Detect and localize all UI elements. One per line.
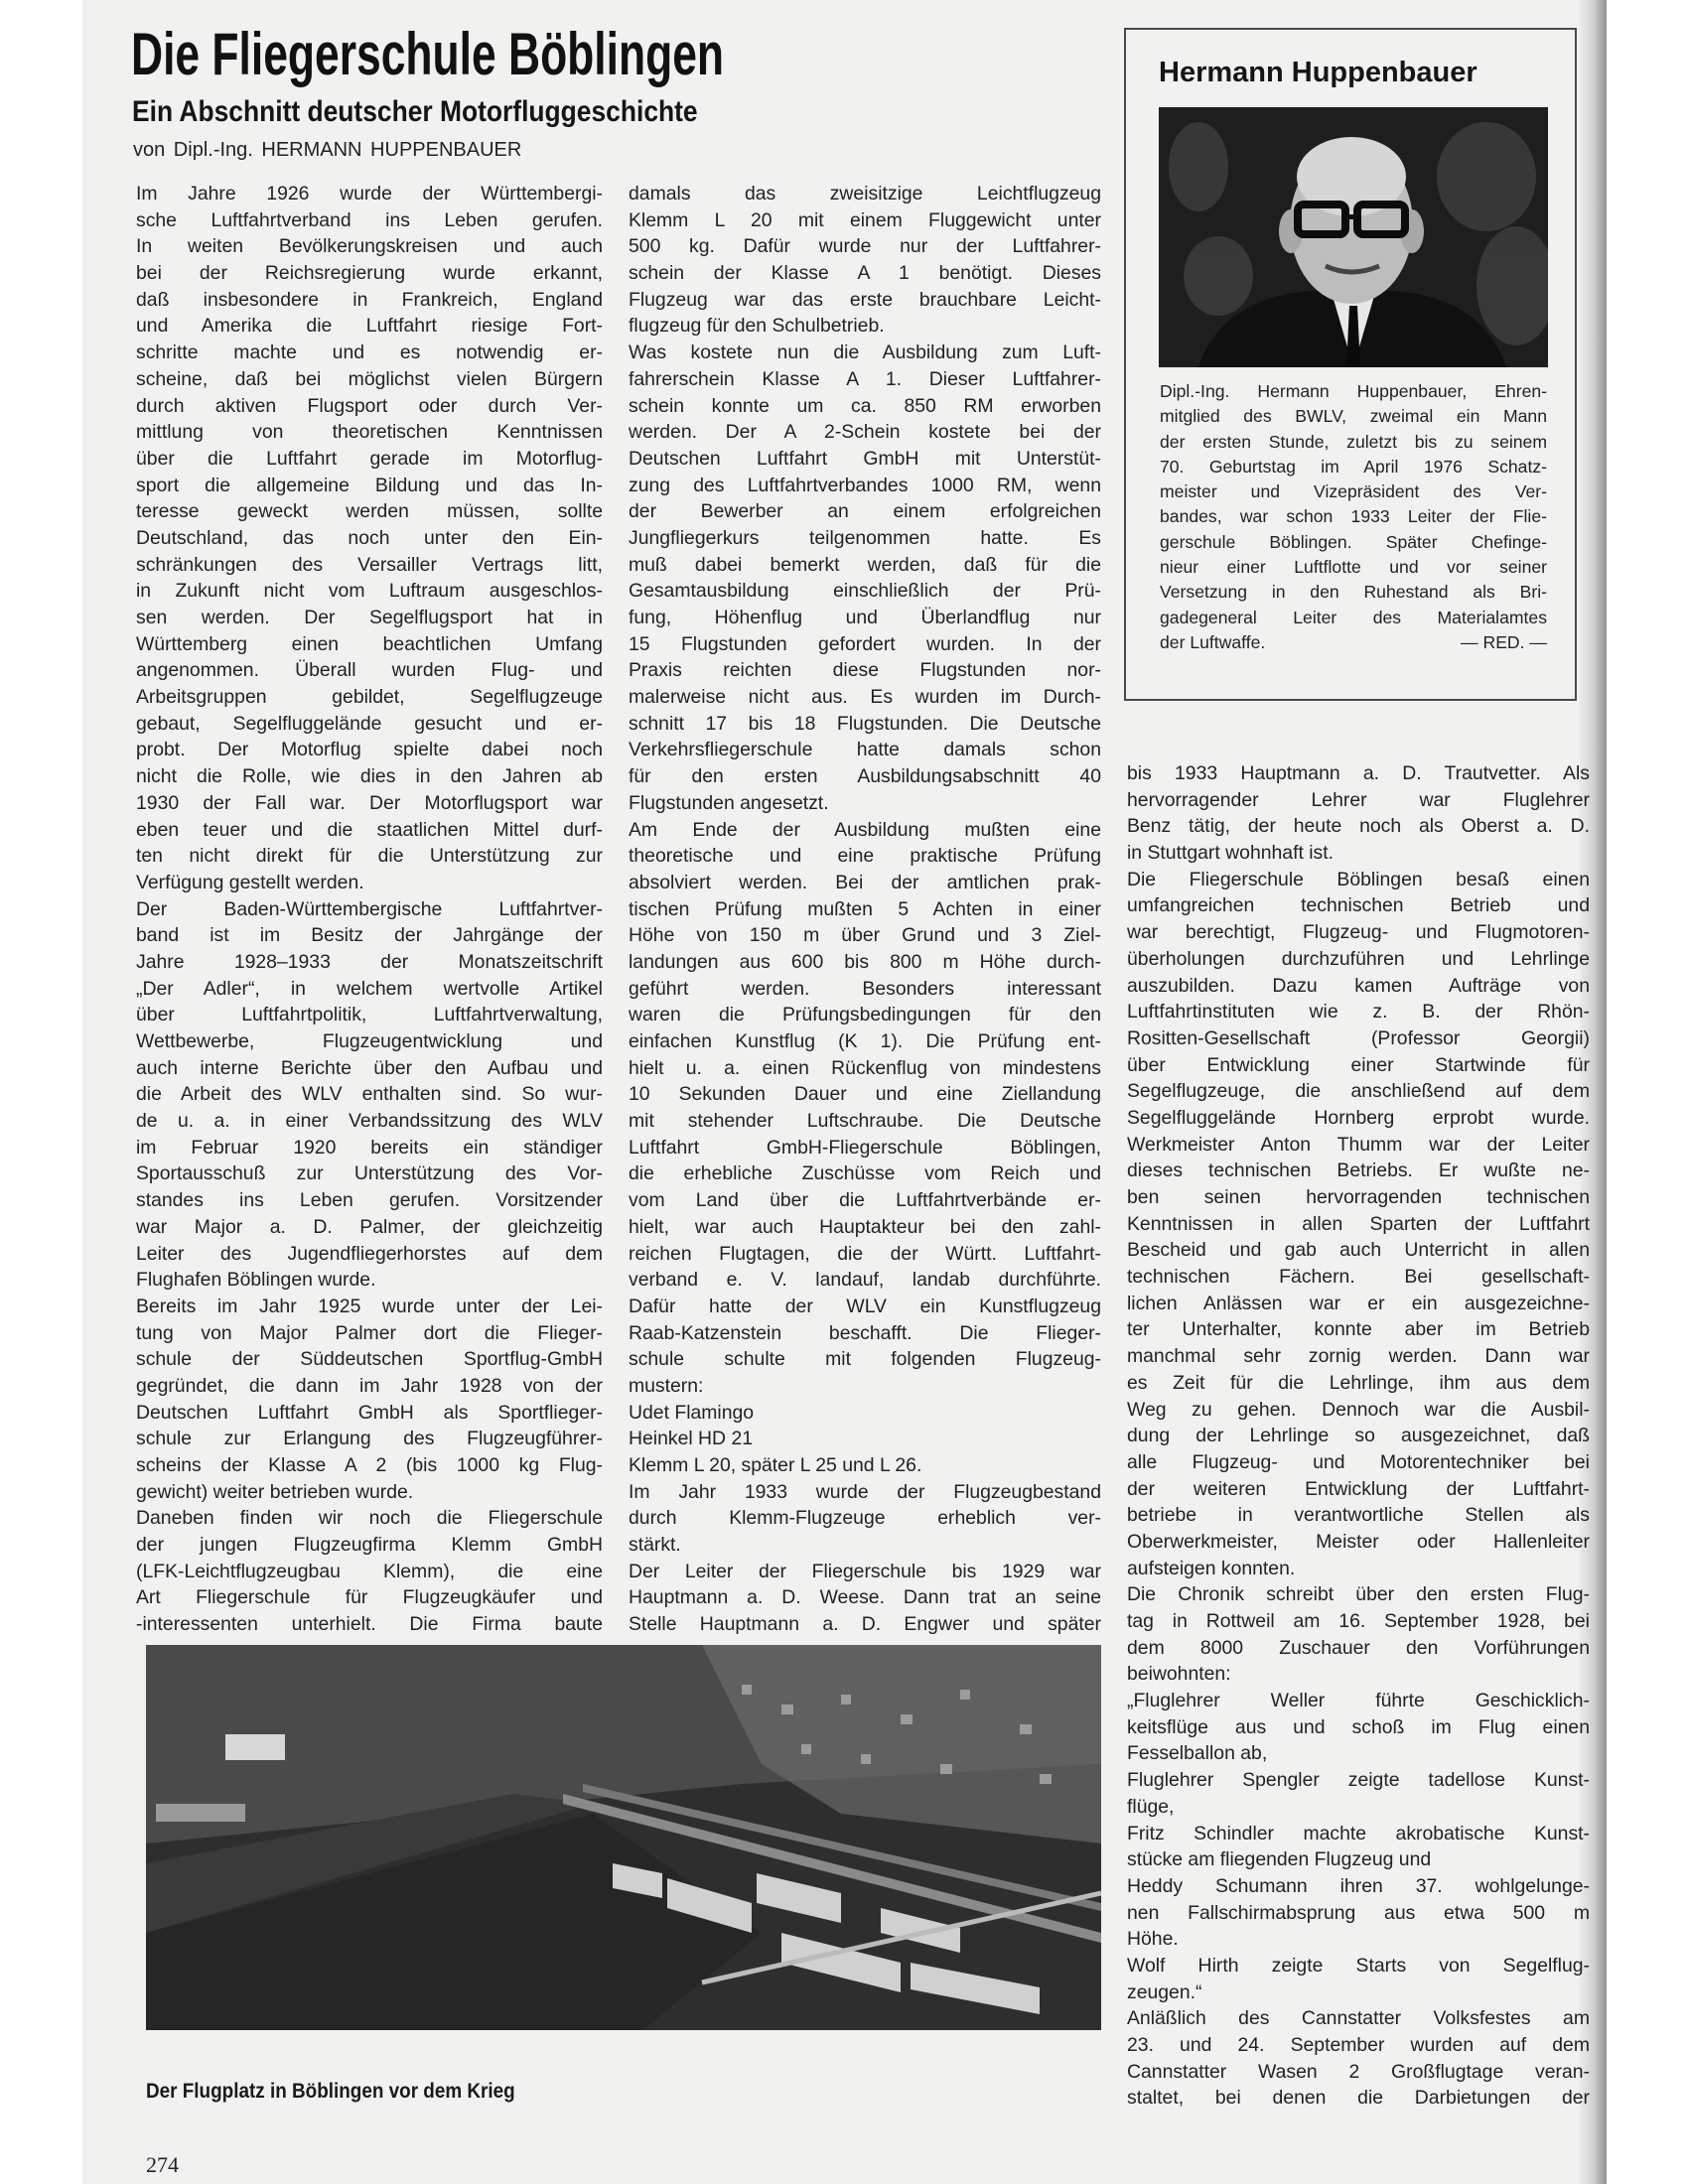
text-line: Der Baden-Württembergische Luftfahrtver- <box>136 896 603 923</box>
text-line: theoretische und eine praktische Prüfung <box>629 843 1101 870</box>
text-column-right: bis 1933 Hauptmann a. D. Trautvetter. Al… <box>1127 760 1590 2112</box>
text-line: ten nicht direkt für die Unterstützung z… <box>136 843 603 870</box>
text-line: staltet, bei denen die Darbietungen der <box>1127 2085 1590 2112</box>
text-line: Höhe von 150 m über Grund und 3 Ziel- <box>629 922 1101 949</box>
text-line: schein konnte um ca. 850 RM erworben <box>629 393 1101 420</box>
text-line: Die Fliegerschule Böblingen besaß einen <box>1127 867 1590 893</box>
text-line: sport die allgemeine Bildung und das In- <box>136 473 603 499</box>
text-line: Bereits im Jahr 1925 wurde unter der Lei… <box>136 1294 603 1320</box>
text-line: über Luftfahrtpolitik, Luftfahrtverwaltu… <box>136 1002 603 1028</box>
text-line: Benz tätig, der heute noch als Oberst a.… <box>1127 813 1590 840</box>
text-line: Heinkel HD 21 <box>629 1426 1101 1452</box>
text-line: sen werden. Der Segelflugsport hat in <box>136 605 603 631</box>
text-line: im Februar 1920 bereits ein ständiger <box>136 1135 603 1161</box>
text-line: -interessenten unterhielt. Die Firma bau… <box>136 1611 603 1638</box>
text-line: meister und Vizepräsident des Ver- <box>1160 479 1547 504</box>
text-line: Fritz Schindler machte akrobatische Kuns… <box>1127 1821 1590 1847</box>
page-number: 274 <box>146 2152 179 2178</box>
text-line: Raab-Katzenstein beschafft. Die Flieger- <box>629 1320 1101 1347</box>
text-line: In weiten Bevölkerungskreisen und auch <box>136 233 603 260</box>
text-line: die erhebliche Zuschüsse vom Reich und <box>629 1160 1101 1187</box>
text-line: schule zur Erlangung des Flugzeugführer- <box>136 1426 603 1452</box>
bio-caption: Dipl.-Ing. Hermann Huppenbauer, Ehren-mi… <box>1160 379 1547 655</box>
text-line: gewicht) weiter betrieben wurde. <box>136 1479 603 1506</box>
text-line: fung, Höhenflug und Überlandflug nur <box>629 605 1101 631</box>
text-line: probt. Der Motorflug spielte dabei noch <box>136 737 603 763</box>
portrait-photo <box>1159 107 1548 367</box>
text-line: 10 Sekunden Dauer und eine Ziellandung <box>629 1081 1101 1108</box>
text-line: muß dabei bemerkt werden, daß für die <box>629 552 1101 579</box>
text-line: Sportausschuß zur Unterstützung des Vor- <box>136 1160 603 1187</box>
text-line: mustern: <box>629 1373 1101 1400</box>
text-line: schule schulte mit folgenden Flugzeug- <box>629 1346 1101 1373</box>
text-line: aufsteigen konnten. <box>1127 1556 1590 1582</box>
text-line: Arbeitsgruppen gebildet, Segelflugzeuge <box>136 684 603 711</box>
text-line: „Der Adler“, in welchem wertvolle Artike… <box>136 976 603 1003</box>
text-line: dem 8000 Zuschauer den Vorführungen <box>1127 1635 1590 1662</box>
text-line: „Fluglehrer Weller führte Geschicklich- <box>1127 1688 1590 1714</box>
text-line: Stelle Hauptmann a. D. Engwer und später <box>629 1611 1101 1638</box>
text-line: Deutschen Luftfahrt GmbH als Sportfliege… <box>136 1400 603 1427</box>
text-line: der ersten Stunde, zuletzt bis zu seinem <box>1160 430 1547 455</box>
editor-signature: — RED. — <box>1461 630 1547 655</box>
text-line: band ist im Besitz der Jahrgänge der <box>136 922 603 949</box>
text-line: durch aktiven Flugsport oder durch Ver- <box>136 393 603 420</box>
text-line: Leiter des Jugendfliegerhorstes auf dem <box>136 1241 603 1268</box>
text-line: Luftfahrt GmbH-Fliegerschule Böblingen, <box>629 1135 1101 1161</box>
text-line: werden. Der A 2-Schein kostete bei der <box>629 419 1101 446</box>
text-line: auch interne Berichte über den Aufbau un… <box>136 1055 603 1082</box>
text-line: war Major a. D. Palmer, der gleichzeitig <box>136 1214 603 1241</box>
text-line: flüge, <box>1127 1794 1590 1821</box>
text-line: Jahre 1928–1933 der Monatszeitschrift <box>136 949 603 976</box>
text-line: in Zukunft nicht vom Luftraum ausgeschlo… <box>136 578 603 605</box>
text-line: Der Leiter der Fliegerschule bis 1929 wa… <box>629 1559 1101 1585</box>
text-line: Was kostete nun die Ausbildung zum Luft- <box>629 340 1101 366</box>
text-line: beiwohnten: <box>1127 1661 1590 1688</box>
text-line: 1930 der Fall war. Der Motorflugsport wa… <box>136 790 603 817</box>
text-line: tischen Prüfung mußten 5 Achten in einer <box>629 896 1101 923</box>
text-line: gerschule Böblingen. Später Chefinge- <box>1160 530 1547 555</box>
text-line: über die Luftfahrt gerade im Motorflug- <box>136 446 603 473</box>
text-line: Wolf Hirth zeigte Starts von Segelflug- <box>1127 1953 1590 1979</box>
text-line: angenommen. Überall wurden Flug- und <box>136 657 603 684</box>
aerial-image-icon <box>146 1645 1101 2030</box>
text-line: Verkehrsfliegerschule hatte damals schon <box>629 737 1101 763</box>
text-line: sche Luftfahrtverband ins Leben gerufen. <box>136 207 603 234</box>
text-line: Anläßlich des Cannstatter Volksfestes am <box>1127 2005 1590 2032</box>
text-line: über Entwicklung einer Startwinde für <box>1127 1052 1590 1079</box>
text-line: fahrerschein Klasse A 1. Dieser Luftfahr… <box>629 366 1101 393</box>
bio-name-heading: Hermann Huppenbauer <box>1159 56 1477 89</box>
text-line: zeugen.“ <box>1127 1979 1590 2006</box>
text-line: Im Jahr 1933 wurde der Flugzeugbestand <box>629 1479 1101 1506</box>
text-line: in Stuttgart wohnhaft ist. <box>1127 840 1590 867</box>
text-line: Höhe. <box>1127 1926 1590 1953</box>
text-line: Flugzeug war das erste brauchbare Leicht… <box>629 287 1101 314</box>
text-line: eben teuer und die staatlichen Mittel du… <box>136 817 603 844</box>
text-line: schnitt 17 bis 18 Flugstunden. Die Deuts… <box>629 711 1101 738</box>
text-line: umfangreichen technischen Betrieb und <box>1127 892 1590 919</box>
text-line: nen Fallschirmabsprung aus etwa 500 m <box>1127 1900 1590 1927</box>
text-line: mit stehender Luftschraube. Die Deutsche <box>629 1108 1101 1135</box>
article-subtitle: Ein Abschnitt deutscher Motorfluggeschic… <box>132 94 698 130</box>
text-line: 70. Geburtstag im April 1976 Schatz- <box>1160 455 1547 479</box>
text-line: der Luftwaffe.— RED. — <box>1160 630 1547 655</box>
text-line: absolviert werden. Bei der amtlichen pra… <box>629 870 1101 896</box>
text-line: bandes, war schon 1933 Leiter der Flie- <box>1160 504 1547 529</box>
text-line: bei der Reichsregierung wurde erkannt, <box>136 260 603 287</box>
text-line: flugzeug für den Schulbetrieb. <box>629 313 1101 340</box>
text-line: Gesamtausbildung einschließlich der Prü- <box>629 578 1101 605</box>
text-line: Segelfluggelände Hornberg erprobt wurde. <box>1127 1105 1590 1132</box>
text-line: Rositten-Gesellschaft (Professor Georgii… <box>1127 1025 1590 1052</box>
text-line: betriebe in verantwortliche Stellen als <box>1127 1502 1590 1529</box>
text-line: Flughafen Böblingen wurde. <box>136 1267 603 1294</box>
text-line: schritte machte und es notwendig er- <box>136 340 603 366</box>
text-line: Klemm L 20 mit einem Fluggewicht unter <box>629 207 1101 234</box>
text-line: Oberwerkmeister, Meister oder Hallenleit… <box>1127 1529 1590 1556</box>
text-line: Württemberg einen beachtlichen Umfang <box>136 631 603 658</box>
text-column-left: Im Jahre 1926 wurde der Württembergi-sch… <box>136 181 603 1638</box>
text-line: stücke am fliegenden Flugzeug und <box>1127 1846 1590 1873</box>
text-line: Heddy Schumann ihren 37. wohlgelunge- <box>1127 1873 1590 1900</box>
aerial-photo <box>146 1645 1101 2030</box>
text-line: der weiteren Entwicklung der Luftfahrt- <box>1127 1476 1590 1503</box>
text-line: reichen Flugtagen, die der Württ. Luftfa… <box>629 1241 1101 1268</box>
text-line: nieur einer Luftflotte und vor seiner <box>1160 555 1547 580</box>
text-line: geführt werden. Besonders interessant <box>629 976 1101 1003</box>
text-line: Fluglehrer Spengler zeigte tadellose Kun… <box>1127 1767 1590 1794</box>
text-line: hielt, war auch Hauptakteur bei den zahl… <box>629 1214 1101 1241</box>
text-line: tung von Major Palmer dort die Flieger- <box>136 1320 603 1347</box>
text-line: daß insbesondere in Frankreich, England <box>136 287 603 314</box>
text-line: Dipl.-Ing. Hermann Huppenbauer, Ehren- <box>1160 379 1547 404</box>
text-line: mittlung von theoretischen Kenntnissen <box>136 419 603 446</box>
text-line: Versetzung in den Ruhestand als Bri- <box>1160 580 1547 605</box>
text-line: Jungfliegerkurs teilgenommen hatte. Es <box>629 525 1101 552</box>
text-line: vom Land über die Luftfahrtverbände er- <box>629 1187 1101 1214</box>
text-line: damals das zweisitzige Leichtflugzeug <box>629 181 1101 207</box>
text-line: tag in Rottweil am 16. September 1928, b… <box>1127 1608 1590 1635</box>
text-line: Dafür hatte der WLV ein Kunstflugzeug <box>629 1294 1101 1320</box>
text-line: lichen Anlässen war er ein ausgezeichne- <box>1127 1291 1590 1317</box>
text-line: scheine, daß bei möglichst vielen Bürger… <box>136 366 603 393</box>
text-line: der Bewerber an einem erfolgreichen <box>629 498 1101 525</box>
text-line: gadegeneral Leiter des Materialamtes <box>1160 606 1547 630</box>
text-line: für den ersten Ausbildungsabschnitt 40 <box>629 763 1101 790</box>
text-line: 500 kg. Dafür wurde nur der Luftfahrer- <box>629 233 1101 260</box>
text-line: nicht die Rolle, wie dies in den Jahren … <box>136 763 603 790</box>
photo-caption: Der Flugplatz in Böblingen vor dem Krieg <box>146 2079 515 2105</box>
text-line: bis 1933 Hauptmann a. D. Trautvetter. Al… <box>1127 760 1590 787</box>
text-line: gegründet, die dann im Jahr 1928 von der <box>136 1373 603 1400</box>
text-line: hervorragender Lehrer war Fluglehrer <box>1127 787 1590 814</box>
text-line: ben seinen hervorragenden technischen <box>1127 1184 1590 1211</box>
text-line: schein der Klasse A 1 benötigt. Dieses <box>629 260 1101 287</box>
text-line: Luftfahrtinstituten wie z. B. der Rhön- <box>1127 999 1590 1025</box>
text-line: Klemm L 20, später L 25 und L 26. <box>629 1452 1101 1479</box>
text-line: de u. a. in einer Verbandssitzung des WL… <box>136 1108 603 1135</box>
text-line: technischen Fächern. Bei gesellschaft- <box>1127 1264 1590 1291</box>
text-line: dung der Lehrlinge so ausgezeichnet, daß <box>1127 1423 1590 1449</box>
text-line: verband e. V. landauf, landab durchführt… <box>629 1267 1101 1294</box>
text-line: Am Ende der Ausbildung mußten eine <box>629 817 1101 844</box>
portrait-image-icon <box>1159 107 1548 367</box>
text-line: Segelflugzeuge, die anschließend auf dem <box>1127 1078 1590 1105</box>
text-line: Verfügung gestellt werden. <box>136 870 603 896</box>
text-line: landungen aus 600 bis 800 m Höhe durch- <box>629 949 1101 976</box>
text-line: (LFK-Leichtflugzeugbau Klemm), die eine <box>136 1559 603 1585</box>
text-line: teresse geweckt werden müssen, sollte <box>136 498 603 525</box>
text-line: auszubilden. Dazu kamen Aufträge von <box>1127 973 1590 1000</box>
text-line: einfachen Kunstflug (K 1). Die Prüfung e… <box>629 1028 1101 1055</box>
text-line: 23. und 24. September wurden auf dem <box>1127 2032 1590 2059</box>
text-line: Weg zu gehen. Dennoch war die Ausbil- <box>1127 1397 1590 1424</box>
text-line: Praxis reichten diese Flugstunden nor- <box>629 657 1101 684</box>
text-line: malerweise nicht aus. Es wurden im Durch… <box>629 684 1101 711</box>
text-line: war berechtigt, Flugzeug- und Flugmotore… <box>1127 919 1590 946</box>
text-line: und Amerika die Luftfahrt riesige Fort- <box>136 313 603 340</box>
text-line: Kenntnissen in allen Sparten der Luftfah… <box>1127 1211 1590 1238</box>
text-line: waren die Prüfungsbedingungen für den <box>629 1002 1101 1028</box>
text-column-middle: damals das zweisitzige LeichtflugzeugKle… <box>629 181 1101 1638</box>
text-line: keitsflüge aus und schoß im Flug einen <box>1127 1714 1590 1741</box>
article-title: Die Fliegerschule Böblingen <box>131 22 724 87</box>
article-byline: von Dipl.-Ing. HERMANN HUPPENBAUER <box>133 137 521 163</box>
text-line: durch Klemm-Flugzeuge erheblich ver- <box>629 1505 1101 1532</box>
text-line: ter Unterhalter, konnte aber im Betrieb <box>1127 1316 1590 1343</box>
text-line: der jungen Flugzeugfirma Klemm GmbH <box>136 1532 603 1559</box>
text-line: 15 Flugstunden gefordert wurden. In der <box>629 631 1101 658</box>
text-line: standes ins Leben gerufen. Vorsitzender <box>136 1187 603 1214</box>
text-line: Werkmeister Anton Thumm war der Leiter <box>1127 1132 1590 1159</box>
text-line: manchmal sehr zornig werden. Dann war <box>1127 1343 1590 1370</box>
text-line: Wettbewerbe, Flugzeugentwicklung und <box>136 1028 603 1055</box>
text-line: Fesselballon ab, <box>1127 1740 1590 1767</box>
text-line: Hauptmann a. D. Weese. Dann trat an sein… <box>629 1584 1101 1611</box>
text-line: Deutschland, das noch unter den Ein- <box>136 525 603 552</box>
text-line: Im Jahre 1926 wurde der Württembergi- <box>136 181 603 207</box>
text-line: Art Fliegerschule für Flugzeugkäufer und <box>136 1584 603 1611</box>
text-line: stärkt. <box>629 1532 1101 1559</box>
text-line: Die Chronik schreibt über den ersten Flu… <box>1127 1581 1590 1608</box>
text-line: gebaut, Segelfluggelände gesucht und er- <box>136 711 603 738</box>
text-line: Deutschen Luftfahrt GmbH mit Unterstüt- <box>629 446 1101 473</box>
text-line: Bescheid und gab auch Unterricht in alle… <box>1127 1237 1590 1264</box>
text-line: Cannstatter Wasen 2 Großflugtage veran- <box>1127 2059 1590 2086</box>
text-line: es Zeit für die Lehrlinge, ihm aus dem <box>1127 1370 1590 1397</box>
text-line: scheins der Klasse A 2 (bis 1000 kg Flug… <box>136 1452 603 1479</box>
text-line: dieses technischen Betriebs. Er wußte ne… <box>1127 1158 1590 1184</box>
text-line: schränkungen des Versailler Vertrags lit… <box>136 552 603 579</box>
text-line: mitglied des BWLV, zweimal ein Mann <box>1160 404 1547 429</box>
text-line: überholungen durchzuführen und Lehrlinge <box>1127 946 1590 973</box>
text-line: hielt u. a. einen Rückenflug von mindest… <box>629 1055 1101 1082</box>
text-line: Flugstunden angesetzt. <box>629 790 1101 817</box>
text-line: zung des Luftfahrtverbandes 1000 RM, wen… <box>629 473 1101 499</box>
text-line: Udet Flamingo <box>629 1400 1101 1427</box>
text-line: Daneben finden wir noch die Fliegerschul… <box>136 1505 603 1532</box>
caption-text: der Luftwaffe. <box>1160 630 1265 655</box>
text-line: schule der Süddeutschen Sportflug-GmbH <box>136 1346 603 1373</box>
text-line: alle Flugzeug- und Motorentechniker bei <box>1127 1449 1590 1476</box>
text-line: die Arbeit des WLV enthalten sind. So wu… <box>136 1081 603 1108</box>
